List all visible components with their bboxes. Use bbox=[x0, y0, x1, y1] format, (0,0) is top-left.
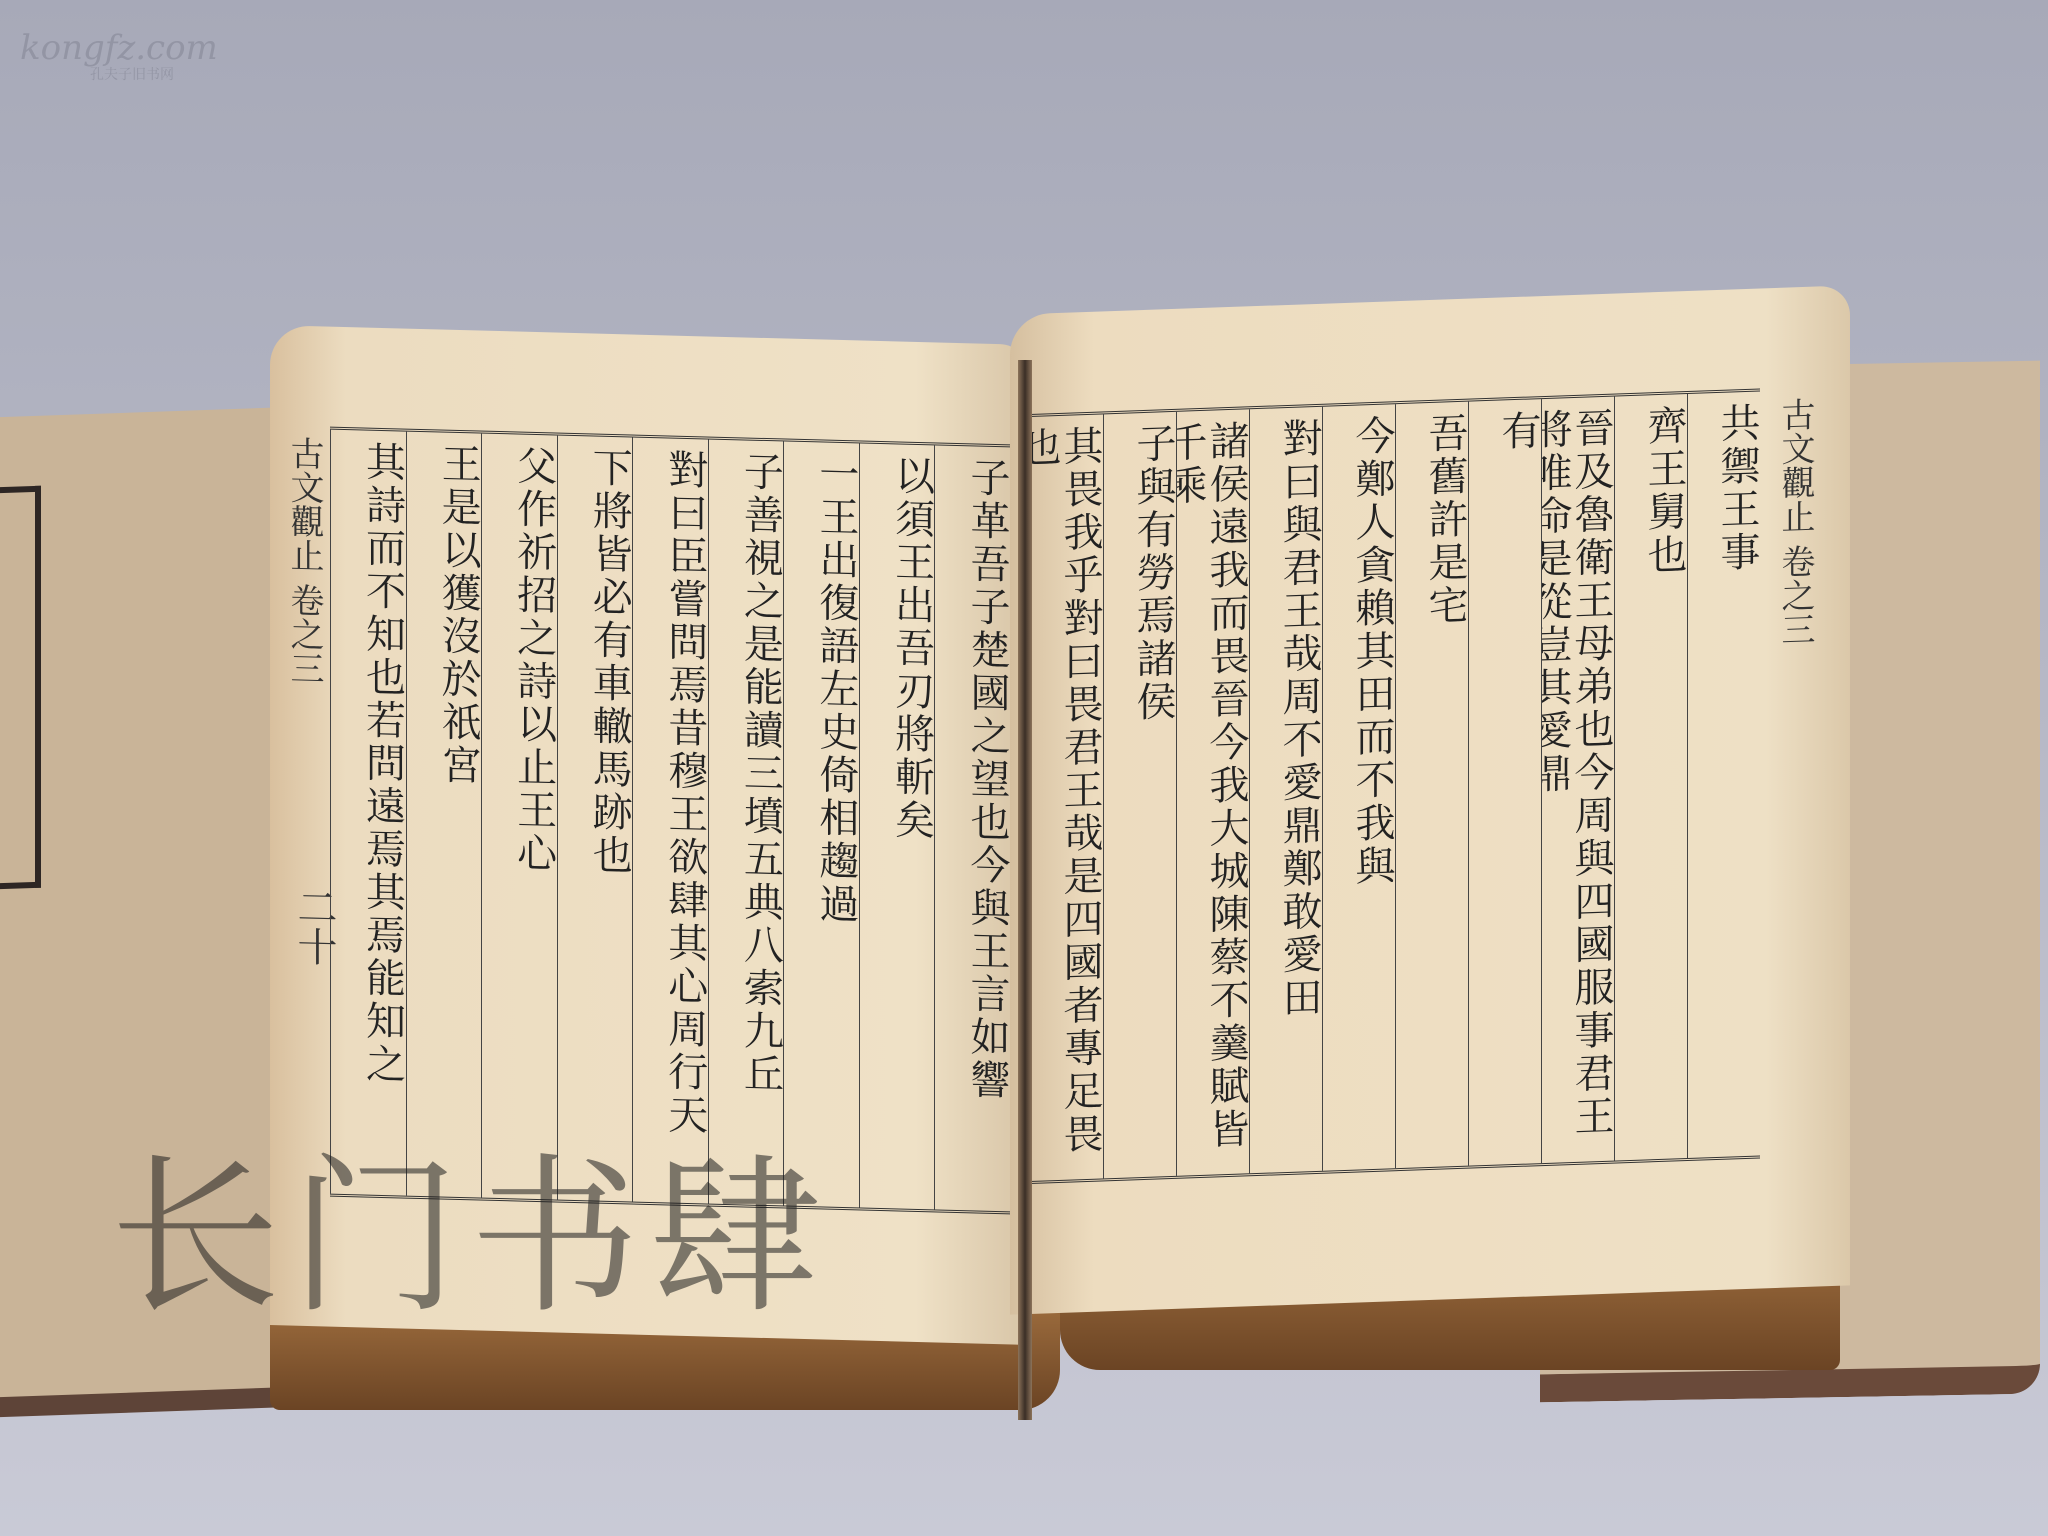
left-margin-title: 古文觀止 卷之三 bbox=[280, 435, 329, 685]
site-watermark: kongfz.com 孔夫子旧书网 bbox=[20, 28, 218, 84]
text-column: 子善視之是能讀三墳五典八索九丘 bbox=[708, 440, 784, 1206]
text-column: 吾舊許是宅 bbox=[1395, 402, 1468, 1169]
cover-title-frame bbox=[0, 486, 41, 890]
text-column: 一王出復語左史倚相趨過 bbox=[783, 441, 859, 1207]
text-column: 下將皆必有車轍馬跡也 bbox=[557, 436, 633, 1202]
text-column: 子與有勞焉諸侯 bbox=[1103, 412, 1176, 1179]
text-column: 晉及魯衛王母弟也今周與四國服事君王將唯命是從豈其愛鼎 bbox=[1541, 397, 1614, 1164]
book-gutter bbox=[1018, 360, 1032, 1420]
text-column: 今鄭人貪賴其田而不我與 bbox=[1322, 404, 1395, 1171]
text-column: 王是以獲沒於祇宮 bbox=[406, 432, 482, 1198]
text-column: 子革吾子楚國之望也今與王言如響 bbox=[934, 445, 1010, 1211]
text-column: 對曰臣嘗問焉昔穆王欲肆其心周行天 bbox=[632, 438, 708, 1204]
text-column: 其畏我乎對曰畏君王哉是四國者專足畏也 bbox=[1030, 414, 1103, 1181]
text-column: 有 bbox=[1468, 399, 1541, 1166]
text-column: 共禦王事 bbox=[1687, 391, 1760, 1158]
text-column: 其詩而不知也若問遠焉其焉能知之 bbox=[330, 430, 406, 1196]
text-column: 齊王舅也 bbox=[1614, 394, 1687, 1161]
text-column: 父作祈招之詩以止王心 bbox=[481, 434, 557, 1200]
left-text-block: 子革吾子楚國之望也今與王言如響 以須王出吾刃將斬矣 一王出復語左史倚相趨過 子善… bbox=[330, 427, 1010, 1215]
right-text-block: 共禦王事 齊王舅也 晉及魯衛王母弟也今周與四國服事君王將唯命是從豈其愛鼎 有 吾… bbox=[1030, 388, 1760, 1183]
text-column: 諸侯遠我而畏晉今我大城陳蔡不羹賦皆千乘 bbox=[1176, 409, 1249, 1176]
right-margin-title: 古文觀止 卷之三 bbox=[1771, 396, 1820, 647]
watermark-text: kongfz.com bbox=[20, 28, 218, 68]
bottom-watermark: 长门书肆 bbox=[110, 1100, 830, 1345]
text-column: 對曰與君王哉周不愛鼎鄭敢愛田 bbox=[1249, 407, 1322, 1174]
text-column: 以須王出吾刃將斬矣 bbox=[859, 443, 935, 1209]
right-page: 古文觀止 卷之三 共禦王事 齊王舅也 晉及魯衛王母弟也今周與四國服事君王將唯命是… bbox=[1010, 285, 1850, 1314]
